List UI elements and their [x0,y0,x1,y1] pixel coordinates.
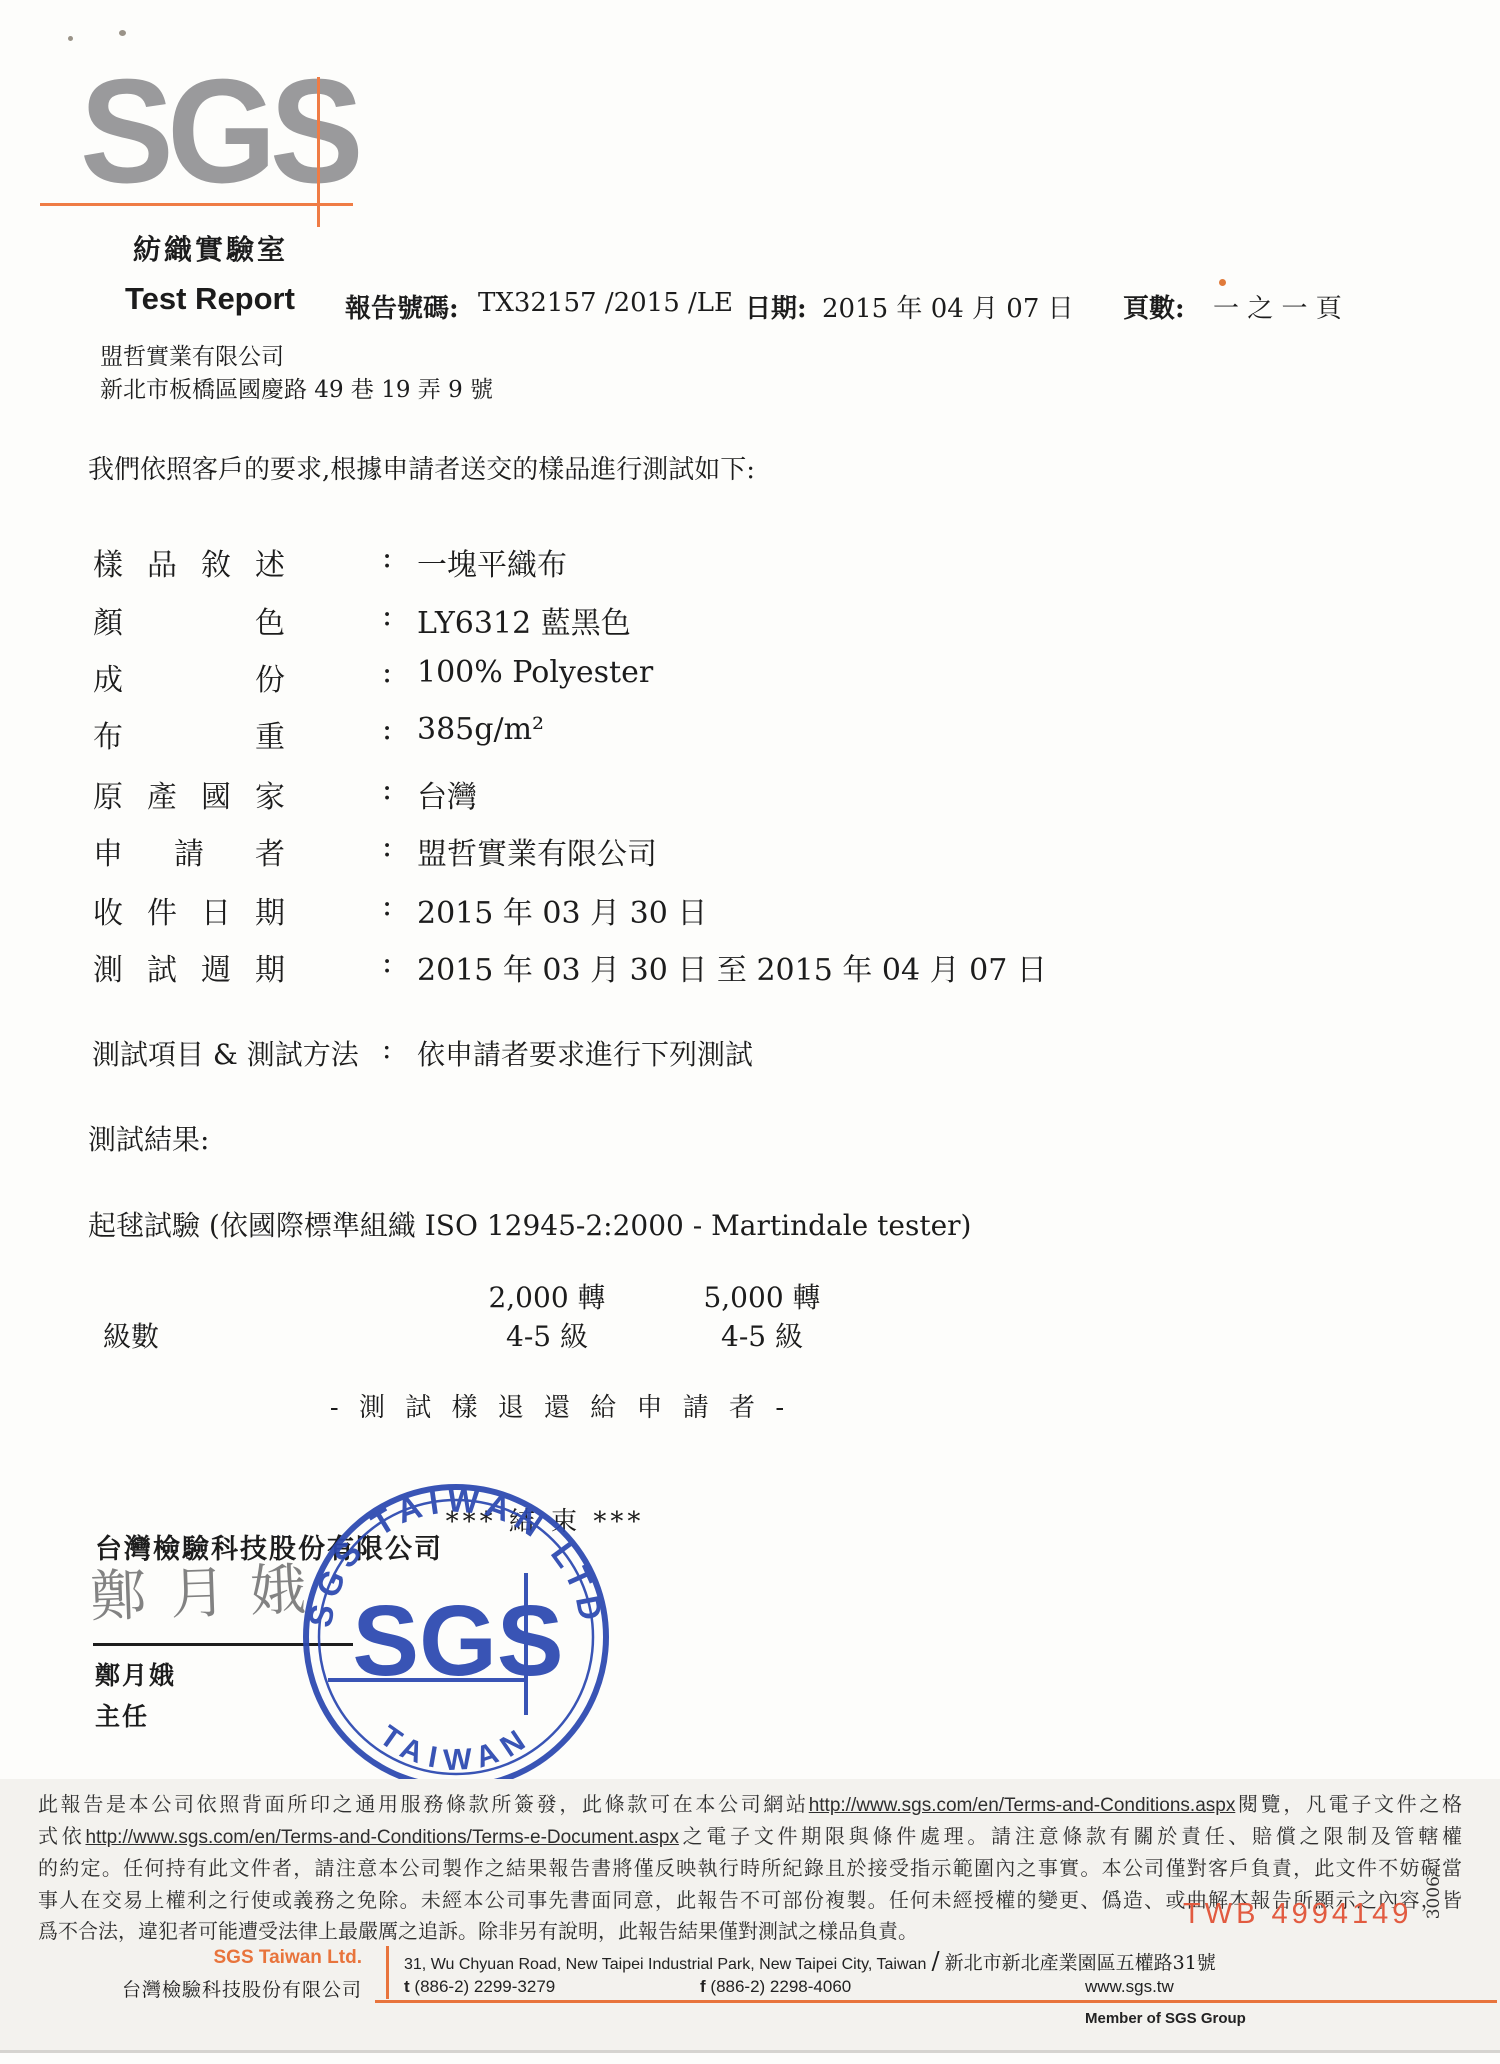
scan-speck [119,30,126,36]
report-number-label: 報告號碼: [345,288,459,325]
sgs-logo: SGS [80,58,357,206]
footer-address-zh: 新北市新北產業園區五權路31號 [945,1952,1216,1974]
field-value-applicant: 盟哲實業有限公司 [417,829,657,873]
disclaimer-text: 閱覽，凡電子文件之格 [1235,1792,1462,1816]
field-label-country-of-origin: 原產國家 [93,772,285,816]
test-items-label: 測試項目 & 測試方法 [92,1033,359,1073]
stamp-arc-bottom-text: TAIWAN [374,1719,539,1777]
disclaimer-line: 的約定。任何持有此文件者，請注意本公司製作之結果報告書將僅反映執行時所紀錄且於接… [38,1853,1462,1885]
footer-address-en: 31, Wu Chyuan Road, New Taipei Industria… [404,1956,926,1973]
test-report-page: SGS 紡織實驗室 Test Report 報告號碼: TX32157 /201… [0,0,1500,2064]
scan-bottom-edge [0,2050,1500,2053]
field-colon: : [382,772,392,807]
field-colon: : [382,540,392,575]
fax-icon-label: f [700,1977,706,1996]
handwritten-signature: 鄭月娥 [89,1545,332,1633]
sgs-taiwan-stamp: SGS TAIWAN LTD TAIWAN SGS [296,1477,616,1797]
side-form-number: 3006 [1424,1876,1444,1919]
pilling-test-method: 起毬試驗 (依國際標準組織 ISO 12945-2:2000 - Martind… [88,1204,971,1244]
sample-return-note: - 測 試 樣 退 還 給 申 請 者 - [300,1387,820,1424]
terms-e-document-url: http://www.sgs.com/en/Terms-and-Conditio… [85,1827,678,1848]
tel-icon-label: t [404,1977,410,1996]
disclaimer-text: 此報告是本公司依照背面所印之通用服務條款所簽發，此條款可在本公司網站 [38,1792,809,1816]
footer-company-en: SGS Taiwan Ltd. [102,1947,362,1969]
report-title: Test Report [125,281,295,317]
field-value-sample-description: 一塊平織布 [417,540,567,584]
field-colon: : [382,888,392,923]
field-value-testing-period: 2015 年 03 月 30 日 至 2015 年 04 月 07 日 [417,945,1047,989]
scan-speck [68,36,73,41]
report-number-value: TX32157 /2015 /LE [478,288,733,318]
footer-company-zh: 台灣檢驗科技股份有限公司 [102,1975,362,2002]
footer-website: www.sgs.tw [1085,1977,1174,1997]
test-items-value: 依申請者要求進行下列測試 [417,1033,753,1073]
date-label: 日期: [745,288,807,325]
disclaimer-text: 之電子文件期限與條件處理。請注意條款有關於責任、賠償之限制及管轄權 [679,1824,1462,1848]
field-colon: : [382,712,392,747]
table-value-2000: 4-5 級 [447,1315,647,1355]
footer-telephone: t (886-2) 2299-3279 [404,1977,555,1997]
terms-url: http://www.sgs.com/en/Terms-and-Conditio… [809,1795,1236,1816]
field-label-sample-description: 樣品敘述 [93,540,285,584]
client-name: 盟哲實業有限公司 [100,338,284,371]
disclaimer-line: 此報告是本公司依照背面所印之通用服務條款所簽發，此條款可在本公司網站http:/… [38,1789,1462,1821]
client-address: 新北市板橋區國慶路 49 巷 19 弄 9 號 [100,371,493,404]
field-label-fabric-weight: 布重 [93,712,285,756]
disclaimer-text: 式依 [38,1824,85,1848]
tel-number: (886-2) 2299-3279 [414,1977,555,1996]
field-value-color: LY6312 藍黑色 [417,598,631,642]
field-label-testing-period: 測試週期 [93,945,285,989]
date-value: 2015 年 04 月 07 日 [822,288,1074,325]
field-value-country-of-origin: 台灣 [417,772,477,816]
field-label-color: 顏色 [93,598,285,642]
footer-address-slash: / [931,1947,939,1975]
field-label-applicant: 申請者 [93,829,285,873]
scan-mark [1219,279,1226,286]
field-value-fabric-weight: 385g/m² [417,712,544,747]
field-colon: : [382,945,392,980]
pages-label: 頁數: [1123,288,1185,325]
svg-text:TAIWAN: TAIWAN [374,1719,539,1777]
table-row-header-grade: 級數 [103,1315,159,1355]
pages-value: 一 之 一 頁 [1213,288,1342,325]
field-colon: : [382,1032,391,1065]
fax-number: (886-2) 2298-4060 [710,1977,851,1996]
field-colon: : [382,598,392,633]
disclaimer-line: 式依http://www.sgs.com/en/Terms-and-Condit… [38,1821,1462,1853]
field-label-composition: 成份 [93,655,285,699]
table-col-header-5000: 5,000 轉 [662,1276,862,1316]
table-value-5000: 4-5 級 [662,1315,862,1355]
logo-underline [40,203,353,206]
field-value-received-date: 2015 年 03 月 30 日 [417,888,707,932]
signer-name: 鄭月娥 [95,1656,176,1692]
footer-orange-rule [375,2000,1497,2003]
lab-name: 紡織實驗室 [133,228,288,268]
field-value-composition: 100% Polyester [417,655,653,690]
test-results-label: 測試結果: [88,1118,209,1158]
signer-title: 主任 [95,1697,149,1733]
document-code: TWB 4994149 [1183,1898,1412,1931]
table-col-header-2000: 2,000 轉 [447,1276,647,1316]
logo-crosshair-line [317,77,320,227]
footer-address: 31, Wu Chyuan Road, New Taipei Industria… [404,1947,1216,1975]
field-colon: : [382,829,392,864]
field-colon: : [382,655,392,690]
footer-fax: f (886-2) 2298-4060 [700,1977,851,1997]
intro-sentence: 我們依照客戶的要求,根據申請者送交的樣品進行測試如下: [88,449,755,486]
footer-divider [386,1946,389,1999]
footer-member-of-sgs-group: Member of SGS Group [1085,2010,1246,2027]
field-label-received-date: 收件日期 [93,888,285,932]
